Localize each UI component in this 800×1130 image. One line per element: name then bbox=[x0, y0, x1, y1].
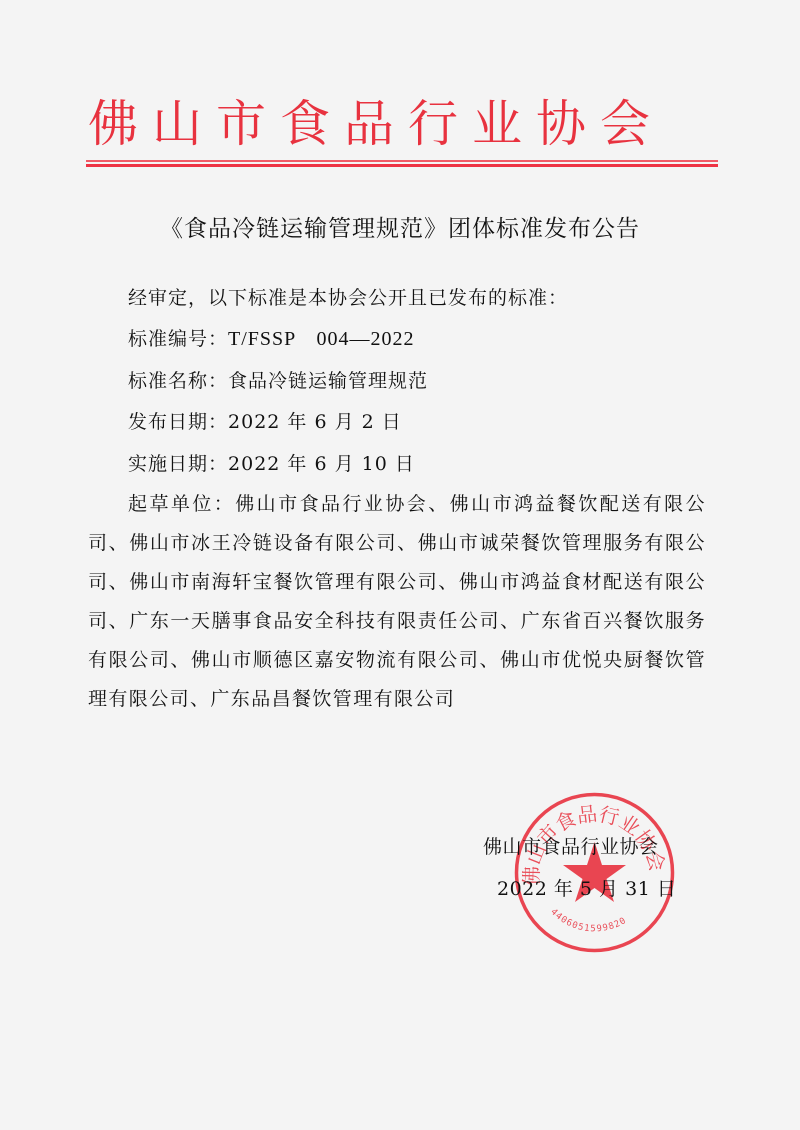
field-effective-date: 实施日期：2022 年 6 月 10 日 bbox=[128, 449, 415, 476]
field-value: 2022 年 6 月 10 日 bbox=[228, 453, 415, 475]
field-standard-name: 标准名称：食品冷链运输管理规范 bbox=[128, 366, 428, 393]
field-standard-number: 标准编号：T/FSSP 004—2022 bbox=[128, 322, 415, 351]
field-label: 标准名称： bbox=[128, 370, 228, 392]
field-value: T/FSSP 004—2022 bbox=[228, 328, 415, 350]
stamp-number: 4406051599820 bbox=[548, 907, 628, 934]
field-label: 标准编号： bbox=[128, 328, 228, 350]
drafting-units-paragraph: 起草单位：佛山市食品行业协会、佛山市鸿益餐饮配送有限公司、佛山市冰王冷链设备有限… bbox=[88, 485, 706, 719]
field-value: 2022 年 6 月 2 日 bbox=[228, 411, 402, 433]
signature-date: 2022 年 5 月 31 日 bbox=[497, 874, 676, 901]
field-value: 食品冷链运输管理规范 bbox=[228, 370, 428, 392]
document-title: 《食品冷链运输管理规范》团体标准发布公告 bbox=[0, 210, 800, 243]
svg-text:4406051599820: 4406051599820 bbox=[548, 907, 628, 934]
signature-org: 佛山市食品行业协会 bbox=[483, 832, 659, 859]
letterhead-org-name: 佛山市食品行业协会 bbox=[88, 92, 688, 156]
intro-text: 经审定，以下标准是本协会公开且已发布的标准： bbox=[128, 283, 568, 310]
field-label: 实施日期： bbox=[128, 453, 228, 475]
official-seal-stamp: 佛山市食品行业协会 4406051599820 bbox=[512, 790, 677, 955]
letterhead-divider bbox=[86, 160, 718, 166]
field-label: 发布日期： bbox=[128, 411, 228, 433]
field-publish-date: 发布日期：2022 年 6 月 2 日 bbox=[128, 407, 402, 434]
